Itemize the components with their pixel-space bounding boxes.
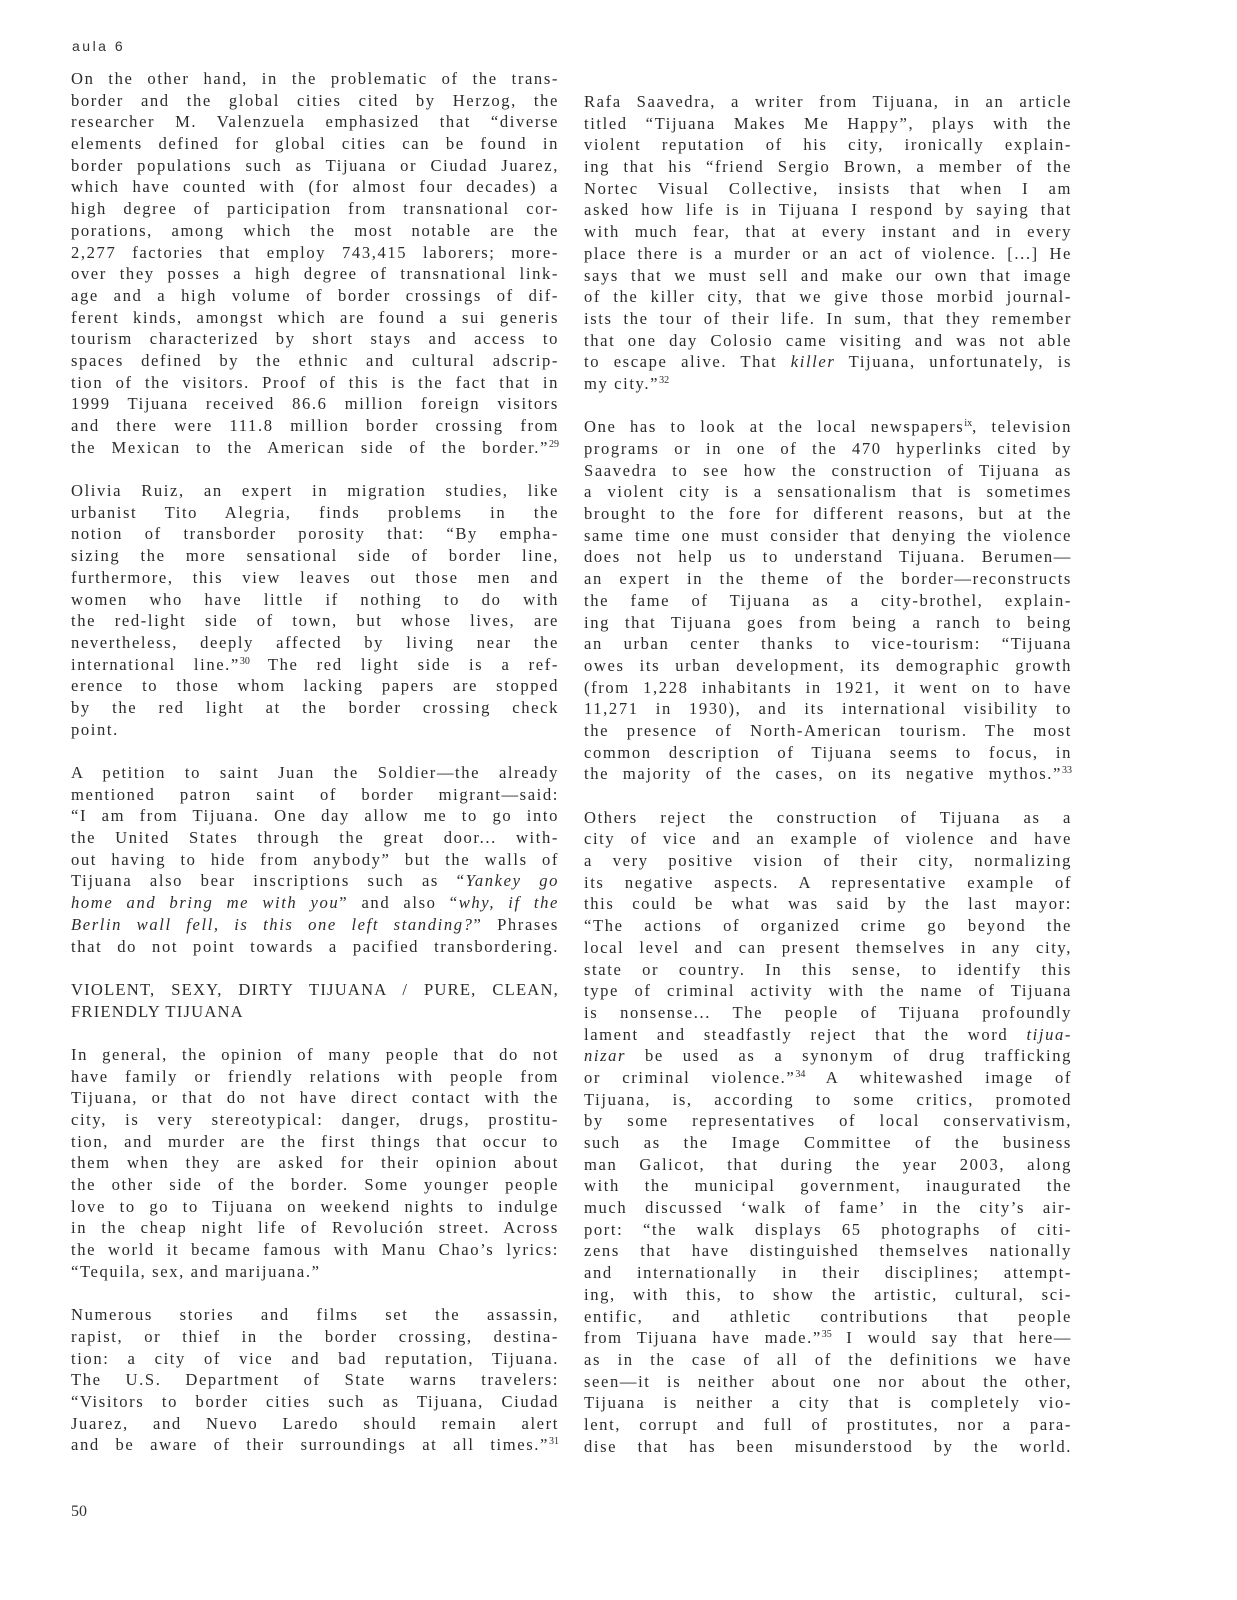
text-line: age and a high volume of border crossing… xyxy=(71,285,559,307)
text-line: Berlin wall fell, is this one left stand… xyxy=(71,914,559,936)
text-line: such as the Image Committee of the busin… xyxy=(584,1132,1072,1154)
footnote-ref: 33 xyxy=(1062,765,1072,776)
text-line: 1999 Tijuana received 86.6 million forei… xyxy=(71,393,559,415)
text-line: “I am from Tijuana. One day allow me to … xyxy=(71,805,559,827)
footnote-ref: 31 xyxy=(549,1436,559,1447)
italic-quote: home and bring me with you xyxy=(71,893,339,912)
section-heading: VIOLENT, SEXY, DIRTY TIJUANA / PURE, CLE… xyxy=(71,979,559,1022)
text-fragment: or criminal violence.” xyxy=(584,1068,795,1087)
footnote-ref: 30 xyxy=(240,656,250,667)
text-fragment: I would say that here— xyxy=(832,1328,1072,1347)
paragraph-ruiz: Olivia Ruiz, an expert in migration stud… xyxy=(71,480,559,740)
text-line: from Tijuana have made.”35 I would say t… xyxy=(584,1327,1072,1349)
text-line: One has to look at the local newspapersi… xyxy=(584,416,1072,438)
footnote-ref: 34 xyxy=(795,1069,805,1080)
text-line: Tijuana also bear inscriptions such as “… xyxy=(71,870,559,892)
text-line: type of criminal activity with the name … xyxy=(584,980,1072,1002)
text-line: “Tequila, sex, and marijuana.” xyxy=(71,1261,559,1283)
page-number: 50 xyxy=(71,1503,87,1521)
text-line: ferent kinds, amongst which are found a … xyxy=(71,307,559,329)
italic-word: killer xyxy=(791,352,836,371)
text-line: Tijuana, or that do not have direct cont… xyxy=(71,1087,559,1109)
text-line: programs or in one of the 470 hyperlinks… xyxy=(584,438,1072,460)
text-line: man Galicot, that during the year 2003, … xyxy=(584,1154,1072,1176)
text-line: which have counted with (for almost four… xyxy=(71,176,559,198)
text-line: sizing the more sensational side of bord… xyxy=(71,545,559,567)
text-line: high degree of participation from transn… xyxy=(71,198,559,220)
text-line: lament and steadfastly reject that the w… xyxy=(584,1024,1072,1046)
text-line: of the killer city, that we give those m… xyxy=(584,286,1072,308)
text-line: tourism characterized by short stays and… xyxy=(71,328,559,350)
text-line: rapist, or thief in the border crossing,… xyxy=(71,1326,559,1348)
text-line: mentioned patron saint of border migrant… xyxy=(71,784,559,806)
text-line: tion: a city of vice and bad reputation,… xyxy=(71,1348,559,1370)
text-line: that one day Colosio came visiting and w… xyxy=(584,330,1072,352)
text-line: out having to hide from anybody” but the… xyxy=(71,849,559,871)
text-line: (from 1,228 inhabitants in 1921, it went… xyxy=(584,677,1072,699)
text-line: and be aware of their surroundings at al… xyxy=(71,1434,559,1456)
text-line: zens that have distinguished themselves … xyxy=(584,1240,1072,1262)
text-line: with the municipal government, inaugurat… xyxy=(584,1175,1072,1197)
text-fragment: Tijuana also bear inscriptions such as “ xyxy=(71,871,466,890)
text-line: or criminal violence.”34 A whitewashed i… xyxy=(584,1067,1072,1089)
text-fragment: the Mexican to the American side of the … xyxy=(71,438,549,457)
text-line: asked how life is in Tijuana I respond b… xyxy=(584,199,1072,221)
text-line: researcher M. Valenzuela emphasized that… xyxy=(71,111,559,133)
text-fragment: international line.” xyxy=(71,655,240,674)
text-fragment: the majority of the cases, on its negati… xyxy=(584,764,1062,783)
heading-line: FRIENDLY TIJUANA xyxy=(71,1001,559,1023)
text-line: The U.S. Department of State warns trave… xyxy=(71,1369,559,1391)
text-line: border and the global cities cited by He… xyxy=(71,90,559,112)
italic-word: tijua- xyxy=(1026,1025,1072,1044)
text-line: Rafa Saavedra, a writer from Tijuana, in… xyxy=(584,91,1072,113)
text-line: Olivia Ruiz, an expert in migration stud… xyxy=(71,480,559,502)
text-line: urbanist Tito Alegria, finds problems in… xyxy=(71,502,559,524)
text-line: the fame of Tijuana as a city-brothel, e… xyxy=(584,590,1072,612)
text-fragment: ” and also “ xyxy=(339,893,458,912)
text-line: does not help us to understand Tijuana. … xyxy=(584,546,1072,568)
text-line: Tijuana is neither a city that is comple… xyxy=(584,1392,1072,1414)
footnote-ref: 35 xyxy=(822,1329,832,1340)
paragraph-petition: A petition to saint Juan the Soldier—the… xyxy=(71,762,559,957)
text-line: city of vice and an example of violence … xyxy=(584,828,1072,850)
text-line: “Visitors to border cities such as Tijua… xyxy=(71,1391,559,1413)
text-line: a very positive vision of their city, no… xyxy=(584,850,1072,872)
text-line: by the red light at the border crossing … xyxy=(71,697,559,719)
text-fragment: A whitewashed image of xyxy=(805,1068,1072,1087)
text-line: and there were 111.8 million border cros… xyxy=(71,415,559,437)
text-line: city, is very stereotypical: danger, dru… xyxy=(71,1109,559,1131)
text-line: nizar be used as a synonym of drug traff… xyxy=(584,1045,1072,1067)
text-line: same time one must consider that denying… xyxy=(584,525,1072,547)
text-line: have family or friendly relations with p… xyxy=(71,1066,559,1088)
text-line: border populations such as Tijuana or Ci… xyxy=(71,155,559,177)
text-line: entific, and athletic contributions that… xyxy=(584,1306,1072,1328)
text-line: point. xyxy=(71,719,559,741)
text-line: “The actions of organized crime go beyon… xyxy=(584,915,1072,937)
text-line: notion of transborder porosity that: “By… xyxy=(71,523,559,545)
text-line: Juarez, and Nuevo Laredo should remain a… xyxy=(71,1413,559,1435)
text-line: port: “the walk displays 65 photographs … xyxy=(584,1219,1072,1241)
text-line: spaces defined by the ethnic and cultura… xyxy=(71,350,559,372)
footnote-ref: ix xyxy=(964,418,972,429)
text-fragment: be used as a synonym of drug trafficking xyxy=(626,1046,1072,1065)
paragraph-general-opinion: In general, the opinion of many people t… xyxy=(71,1044,559,1283)
text-line: On the other hand, in the problematic of… xyxy=(71,68,559,90)
text-line: to escape alive. That killer Tijuana, un… xyxy=(584,351,1072,373)
text-line: A petition to saint Juan the Soldier—the… xyxy=(71,762,559,784)
text-line: a violent city is a sensationalism that … xyxy=(584,481,1072,503)
text-line: Others reject the construction of Tijuan… xyxy=(584,807,1072,829)
text-line: that do not point towards a pacified tra… xyxy=(71,936,559,958)
italic-quote: Yankey go xyxy=(466,871,559,890)
text-line: furthermore, this view leaves out those … xyxy=(71,567,559,589)
text-line: my city.”32 xyxy=(584,373,1072,395)
left-column: On the other hand, in the problematic of… xyxy=(71,68,559,1456)
right-column: Rafa Saavedra, a writer from Tijuana, in… xyxy=(584,91,1072,1457)
text-fragment: from Tijuana have made.” xyxy=(584,1328,822,1347)
text-line: dise that has been misunderstood by the … xyxy=(584,1436,1072,1458)
text-line: violent reputation of his city, ironical… xyxy=(584,134,1072,156)
text-line: Tijuana, is, according to some critics, … xyxy=(584,1089,1072,1111)
text-line: love to go to Tijuana on weekend nights … xyxy=(71,1196,559,1218)
text-line: its negative aspects. A representative e… xyxy=(584,872,1072,894)
italic-quote: Berlin wall fell, is this one left stand… xyxy=(71,915,474,934)
text-line: with much fear, that at every instant an… xyxy=(584,221,1072,243)
text-line: over they posses a high degree of transn… xyxy=(71,263,559,285)
text-line: the presence of North-American tourism. … xyxy=(584,720,1072,742)
text-line: Numerous stories and films set the assas… xyxy=(71,1304,559,1326)
text-line: them when they are asked for their opini… xyxy=(71,1152,559,1174)
text-line: state or country. In this sense, to iden… xyxy=(584,959,1072,981)
text-line: lent, corrupt and full of prostitutes, n… xyxy=(584,1414,1072,1436)
text-line: is nonsense... The people of Tijuana pro… xyxy=(584,1002,1072,1024)
text-fragment: One has to look at the local newspapers xyxy=(584,417,964,436)
text-line: the red-light side of town, but whose li… xyxy=(71,610,559,632)
text-fragment: The red light side is a ref- xyxy=(250,655,559,674)
text-line: ing that Tijuana goes from being a ranch… xyxy=(584,612,1072,634)
text-fragment: my city.” xyxy=(584,374,659,393)
text-line: as in the case of all of the definitions… xyxy=(584,1349,1072,1371)
text-line: brought to the fore for different reason… xyxy=(584,503,1072,525)
paragraph-numerous-stories: Numerous stories and films set the assas… xyxy=(71,1304,559,1456)
text-line: In general, the opinion of many people t… xyxy=(71,1044,559,1066)
text-line: elements defined for global cities can b… xyxy=(71,133,559,155)
text-line: in the cheap night life of Revolución st… xyxy=(71,1217,559,1239)
text-fragment: ” Phrases xyxy=(474,915,559,934)
text-line: 11,271 in 1930), and its international v… xyxy=(584,698,1072,720)
text-fragment: Tijuana, unfortunately, is xyxy=(835,352,1072,371)
text-line: tion, and murder are the first things th… xyxy=(71,1131,559,1153)
text-line: an expert in the theme of the border—rec… xyxy=(584,568,1072,590)
text-line: porations, among which the most notable … xyxy=(71,220,559,242)
running-head: aula 6 xyxy=(72,38,125,54)
text-line: place there is a murder or an act of vio… xyxy=(584,243,1072,265)
paragraph-others-reject: Others reject the construction of Tijuan… xyxy=(584,807,1072,1458)
footnote-ref: 32 xyxy=(659,375,669,386)
text-line: titled “Tijuana Makes Me Happy”, plays w… xyxy=(584,113,1072,135)
text-line: much discussed ‘walk of fame’ in the cit… xyxy=(584,1197,1072,1219)
text-line: local level and can present themselves i… xyxy=(584,937,1072,959)
text-line: the majority of the cases, on its negati… xyxy=(584,763,1072,785)
paragraph-saavedra: Rafa Saavedra, a writer from Tijuana, in… xyxy=(584,91,1072,395)
text-line: nevertheless, deeply affected by living … xyxy=(71,632,559,654)
text-line: ing, with this, to show the artistic, cu… xyxy=(584,1284,1072,1306)
text-line: women who have little if nothing to do w… xyxy=(71,589,559,611)
text-line: common description of Tijuana seems to f… xyxy=(584,742,1072,764)
italic-quote: why, if the xyxy=(459,893,559,912)
text-fragment: lament and steadfastly reject that the w… xyxy=(584,1025,1026,1044)
text-line: an urban center thanks to vice-tourism: … xyxy=(584,633,1072,655)
text-line: says that we must sell and make our own … xyxy=(584,265,1072,287)
text-line: Nortec Visual Collective, insists that w… xyxy=(584,178,1072,200)
text-line: the other side of the border. Some young… xyxy=(71,1174,559,1196)
text-line: and internationally in their disciplines… xyxy=(584,1262,1072,1284)
text-line: the Mexican to the American side of the … xyxy=(71,437,559,459)
text-line: the United States through the great door… xyxy=(71,827,559,849)
paragraph-valenzuela: On the other hand, in the problematic of… xyxy=(71,68,559,458)
italic-word: nizar xyxy=(584,1046,626,1065)
text-line: the world it became famous with Manu Cha… xyxy=(71,1239,559,1261)
text-line: international line.”30 The red light sid… xyxy=(71,654,559,676)
text-line: owes its urban development, its demograp… xyxy=(584,655,1072,677)
paragraph-newspapers: One has to look at the local newspapersi… xyxy=(584,416,1072,785)
text-line: ing that his “friend Sergio Brown, a mem… xyxy=(584,156,1072,178)
text-line: erence to those whom lacking papers are … xyxy=(71,675,559,697)
text-fragment: to escape alive. That xyxy=(584,352,791,371)
text-fragment: , television xyxy=(972,417,1072,436)
text-line: home and bring me with you” and also “wh… xyxy=(71,892,559,914)
heading-line: VIOLENT, SEXY, DIRTY TIJUANA / PURE, CLE… xyxy=(71,979,559,1001)
text-fragment: and be aware of their surroundings at al… xyxy=(71,1435,549,1454)
text-line: seen—it is neither about one nor about t… xyxy=(584,1371,1072,1393)
text-line: ists the tour of their life. In sum, tha… xyxy=(584,308,1072,330)
text-line: by some representatives of local conserv… xyxy=(584,1110,1072,1132)
text-line: 2,277 factories that employ 743,415 labo… xyxy=(71,242,559,264)
footnote-ref: 29 xyxy=(549,439,559,450)
text-line: Saavedra to see how the construction of … xyxy=(584,460,1072,482)
text-line: this could be what was said by the last … xyxy=(584,893,1072,915)
text-line: tion of the visitors. Proof of this is t… xyxy=(71,372,559,394)
